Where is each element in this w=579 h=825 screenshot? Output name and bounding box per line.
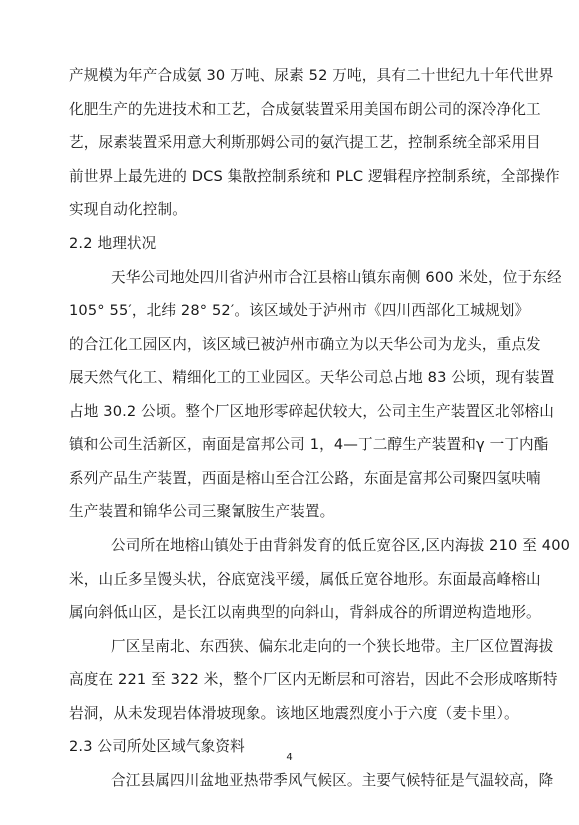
text-line: 米，山丘多呈馒头状，谷底宽浅平缓，属低丘宽谷地形。东面最高峰榕山: [69, 570, 515, 590]
paragraph-first-line: 合江县属四川盆地亚热带季风气候区。主要气候特征是气温较高，降: [111, 771, 515, 791]
text-line: 的合江化工园区内，该区域已被泸州市确立为以天华公司为龙头，重点发: [69, 335, 515, 355]
text-line: 105° 55′，北纬 28° 52′。该区域处于泸州市《四川西部化工城规划》: [69, 301, 515, 321]
text-line: 属向斜低山区，是长江以南典型的向斜山，背斜成谷的所谓逆构造地形。: [69, 603, 515, 623]
text-line: 实现自动化控制。: [69, 200, 515, 220]
text-line: 镇和公司生活新区，南面是富邦公司 1，4—丁二醇生产装置和γ 一丁内酯: [69, 435, 515, 455]
text-line: 化肥生产的先进技术和工艺，合成氨装置采用美国布朗公司的深冷净化工: [69, 100, 515, 120]
paragraph-first-line: 厂区呈南北、东西狭、偏东北走向的一个狭长地带。主厂区位置海拔: [111, 637, 515, 657]
text-line: 系列产品生产装置，西面是榕山至合江公路，东面是富邦公司聚四氢呋喃: [69, 469, 515, 489]
text-line: 展天然气化工、精细化工的工业园区。天华公司总占地 83 公顷，现有装置: [69, 368, 515, 388]
document-page: 产规模为年产合成氨 30 万吨、尿素 52 万吨，具有二十世纪九十年代世界 化肥…: [0, 0, 579, 825]
text-line: 前世界上最先进的 DCS 集散控制系统和 PLC 逻辑程序控制系统，全部操作: [69, 167, 515, 187]
section-heading-2-2: 2.2 地理状况: [69, 234, 515, 254]
paragraph-first-line: 天华公司地处四川省泸州市合江县榕山镇东南侧 600 米处，位于东经: [111, 268, 515, 288]
page-number: 4: [0, 751, 579, 765]
text-line: 高度在 221 至 322 米，整个厂区内无断层和可溶岩，因此不会形成喀斯特: [69, 670, 515, 690]
text-line: 产规模为年产合成氨 30 万吨、尿素 52 万吨，具有二十世纪九十年代世界: [69, 66, 515, 86]
text-line: 占地 30.2 公顷。整个厂区地形零碎起伏较大，公司主生产装置区北邻榕山: [69, 402, 515, 422]
text-line: 艺，尿素装置采用意大利斯那姆公司的氨汽提工艺，控制系统全部采用目: [69, 133, 515, 153]
text-line: 岩洞，从未发现岩体滑坡现象。该地区地震烈度小于六度（麦卡里）。: [69, 704, 515, 724]
text-line: 生产装置和锦华公司三聚氰胺生产装置。: [69, 502, 515, 522]
paragraph-first-line: 公司所在地榕山镇处于由背斜发育的低丘宽谷区,区内海拔 210 至 400: [111, 536, 515, 556]
